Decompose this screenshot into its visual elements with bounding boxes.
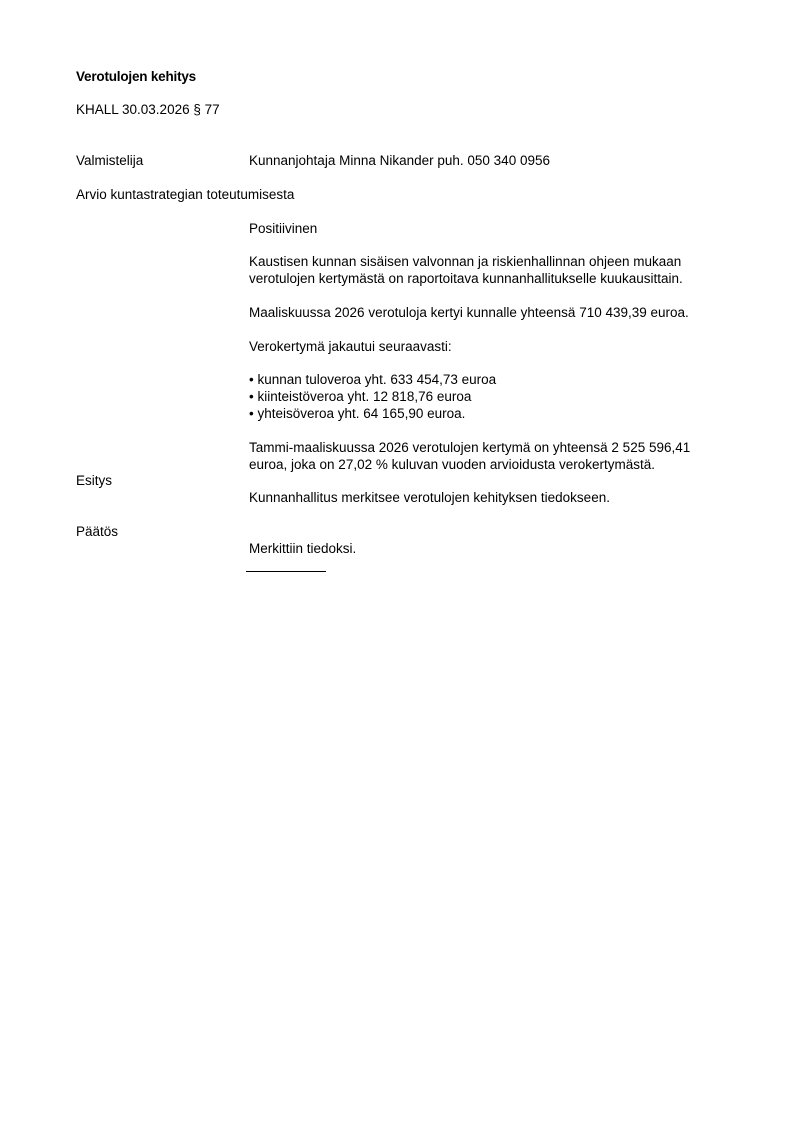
bullet-property-tax: • kiinteistöveroa yht. 12 818,76 euroa: [249, 388, 471, 405]
decision-value: Merkittiin tiedoksi.: [249, 540, 356, 557]
proposal-label: Esitys: [76, 472, 112, 489]
paragraph-march-total: Maaliskuussa 2026 verotuloja kertyi kunn…: [249, 304, 689, 321]
meeting-reference: KHALL 30.03.2026 § 77: [76, 101, 220, 118]
strategy-value: Positiivinen: [249, 220, 317, 237]
paragraph-ytd-line1: Tammi-maaliskuussa 2026 verotulojen kert…: [249, 439, 690, 456]
proposal-value: Kunnanhallitus merkitsee verotulojen keh…: [249, 489, 610, 506]
end-rule: [246, 571, 326, 572]
document-title: Verotulojen kehitys: [76, 68, 196, 85]
preparer-value: Kunnanjohtaja Minna Nikander puh. 050 34…: [249, 152, 550, 169]
bullet-corporate-tax: • yhteisöveroa yht. 64 165,90 euroa.: [249, 405, 465, 422]
bullet-income-tax: • kunnan tuloveroa yht. 633 454,73 euroa: [249, 371, 496, 388]
paragraph-ytd-line2: euroa, joka on 27,02 % kuluvan vuoden ar…: [249, 456, 655, 473]
preparer-label: Valmistelija: [76, 152, 143, 169]
paragraph-control-line2: verotulojen kertymästä on raportoitava k…: [249, 270, 683, 287]
strategy-label: Arvio kuntastrategian toteutumisesta: [76, 186, 294, 203]
paragraph-control-line1: Kaustisen kunnan sisäisen valvonnan ja r…: [249, 253, 681, 270]
decision-label: Päätös: [76, 523, 118, 540]
paragraph-breakdown-intro: Verokertymä jakautui seuraavasti:: [249, 338, 452, 355]
